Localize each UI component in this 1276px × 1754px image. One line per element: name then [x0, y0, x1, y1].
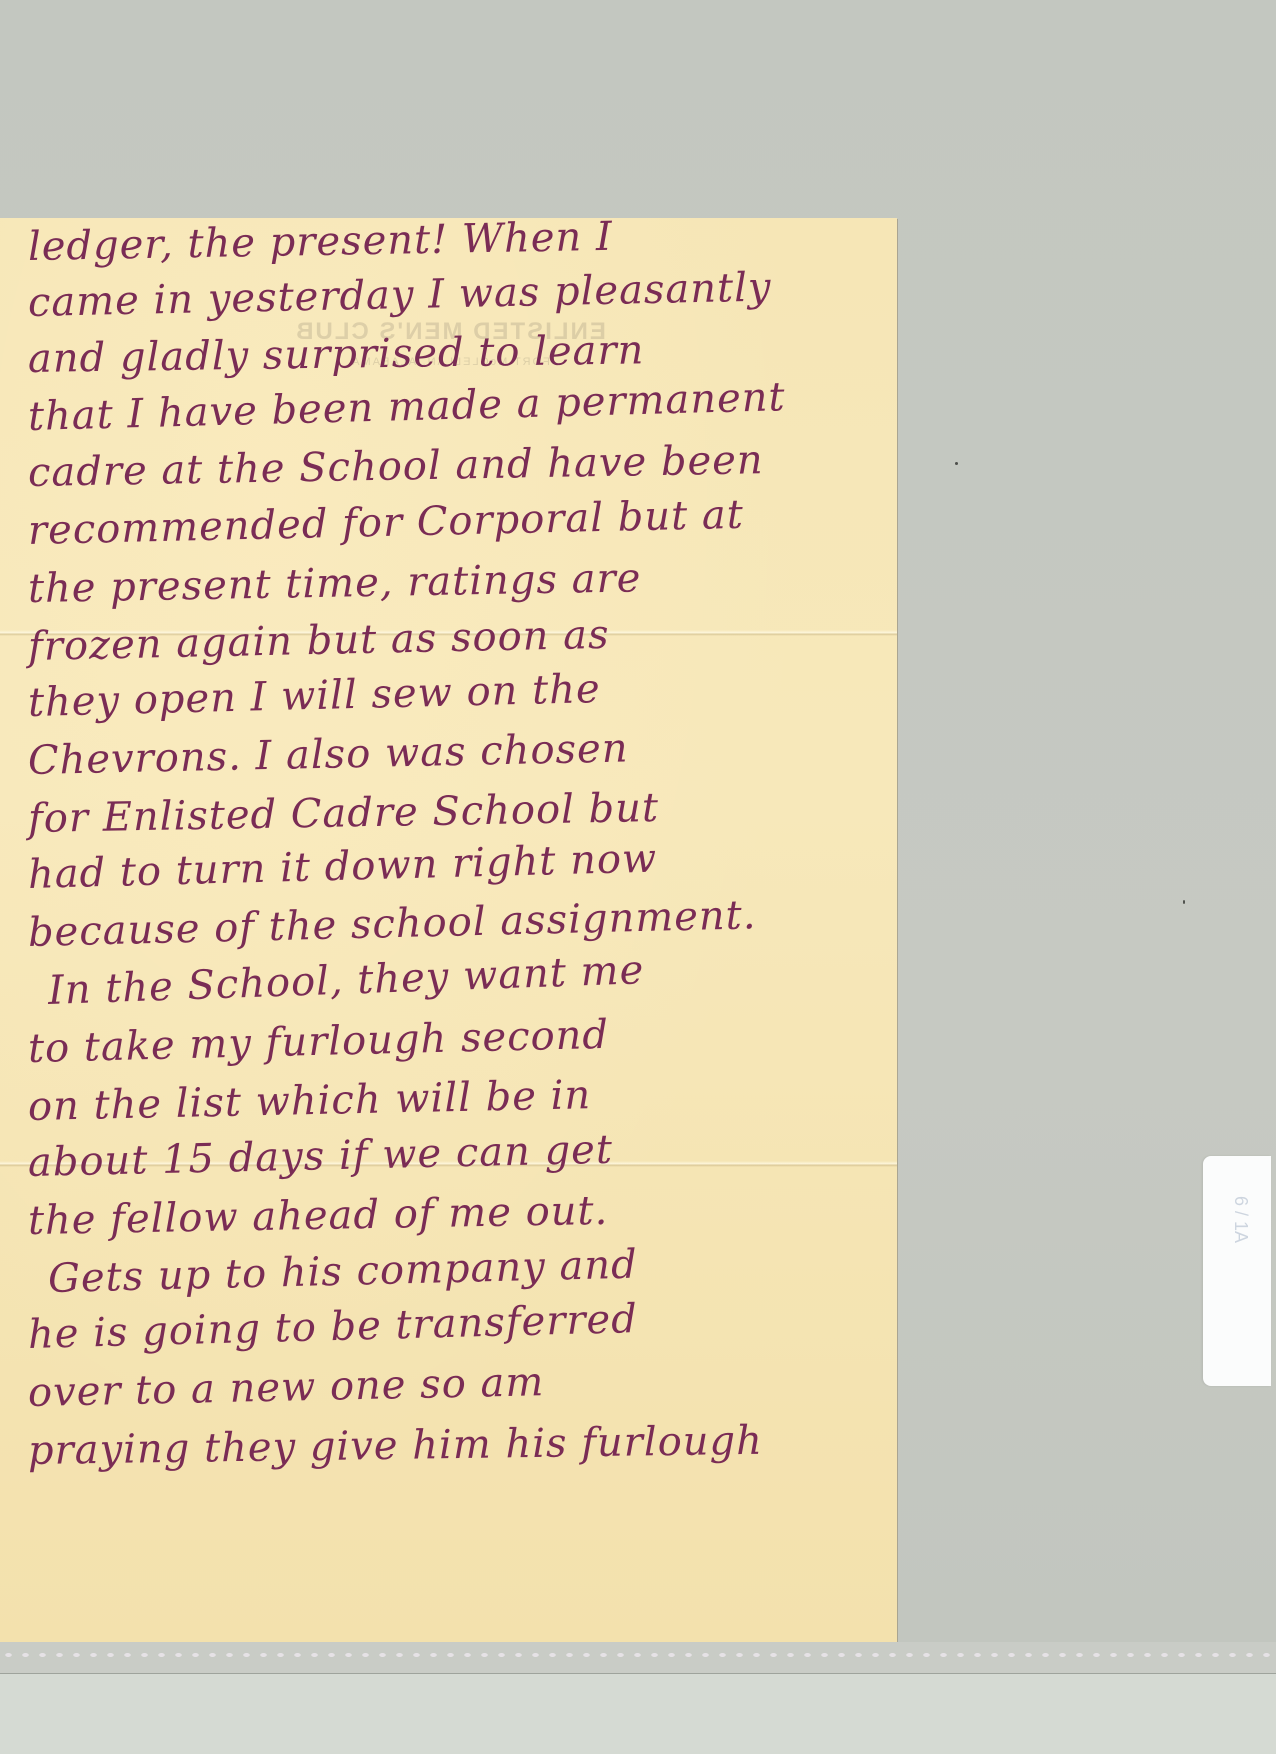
letter-line: had to turn it down right now	[27, 836, 657, 898]
handwritten-text: ledger, the present! When I came in yest…	[0, 218, 897, 1642]
dust-speck	[1183, 900, 1185, 904]
letter-line: that I have been made a permanent	[27, 374, 786, 440]
scanner-bed-lower	[0, 1673, 1276, 1754]
letter-line: Gets up to his company and	[47, 1242, 638, 1302]
letter-line: over to a new one so am	[28, 1359, 545, 1416]
archive-pencil-note: 6 / 1A	[1225, 1196, 1251, 1243]
archive-tab-label: 6 / 1A	[1203, 1156, 1271, 1386]
letter-line: he is going to be transferred	[27, 1296, 638, 1358]
letter-line: on the list which will be in	[28, 1072, 592, 1130]
letter-page: ENLISTED MEN'S CLUB FORT McCLELLAN, ALAB…	[0, 218, 897, 1642]
letter-line: In the School, they want me	[47, 947, 645, 1014]
letter-line: and gladly surprised to learn	[28, 327, 645, 382]
letter-line: to take my furlough second	[27, 1012, 609, 1072]
letter-line: for Enlisted Cadre School but	[28, 785, 660, 842]
letter-line: the fellow ahead of me out.	[28, 1188, 609, 1244]
sleeve-perforation-strip	[0, 1650, 1276, 1660]
letter-line: praying they give him his furlough	[28, 1418, 764, 1474]
letter-line: recommended for Corporal but at	[27, 492, 744, 554]
letter-line: because of the school assignment.	[27, 892, 757, 956]
letter-line: cadre at the School and have been	[28, 437, 764, 496]
letter-line: Chevrons. I also was chosen	[28, 725, 629, 784]
letter-line: ledger, the present! When I	[28, 218, 613, 270]
letter-line: the present time, ratings are	[28, 555, 642, 612]
letter-line: about 15 days if we can get	[27, 1127, 613, 1186]
letter-line: they open I will sew on the	[27, 666, 601, 726]
letter-line: frozen again but as soon as	[28, 612, 610, 670]
dust-speck	[955, 462, 958, 465]
letter-line: came in yesterday I was pleasantly	[28, 264, 772, 326]
